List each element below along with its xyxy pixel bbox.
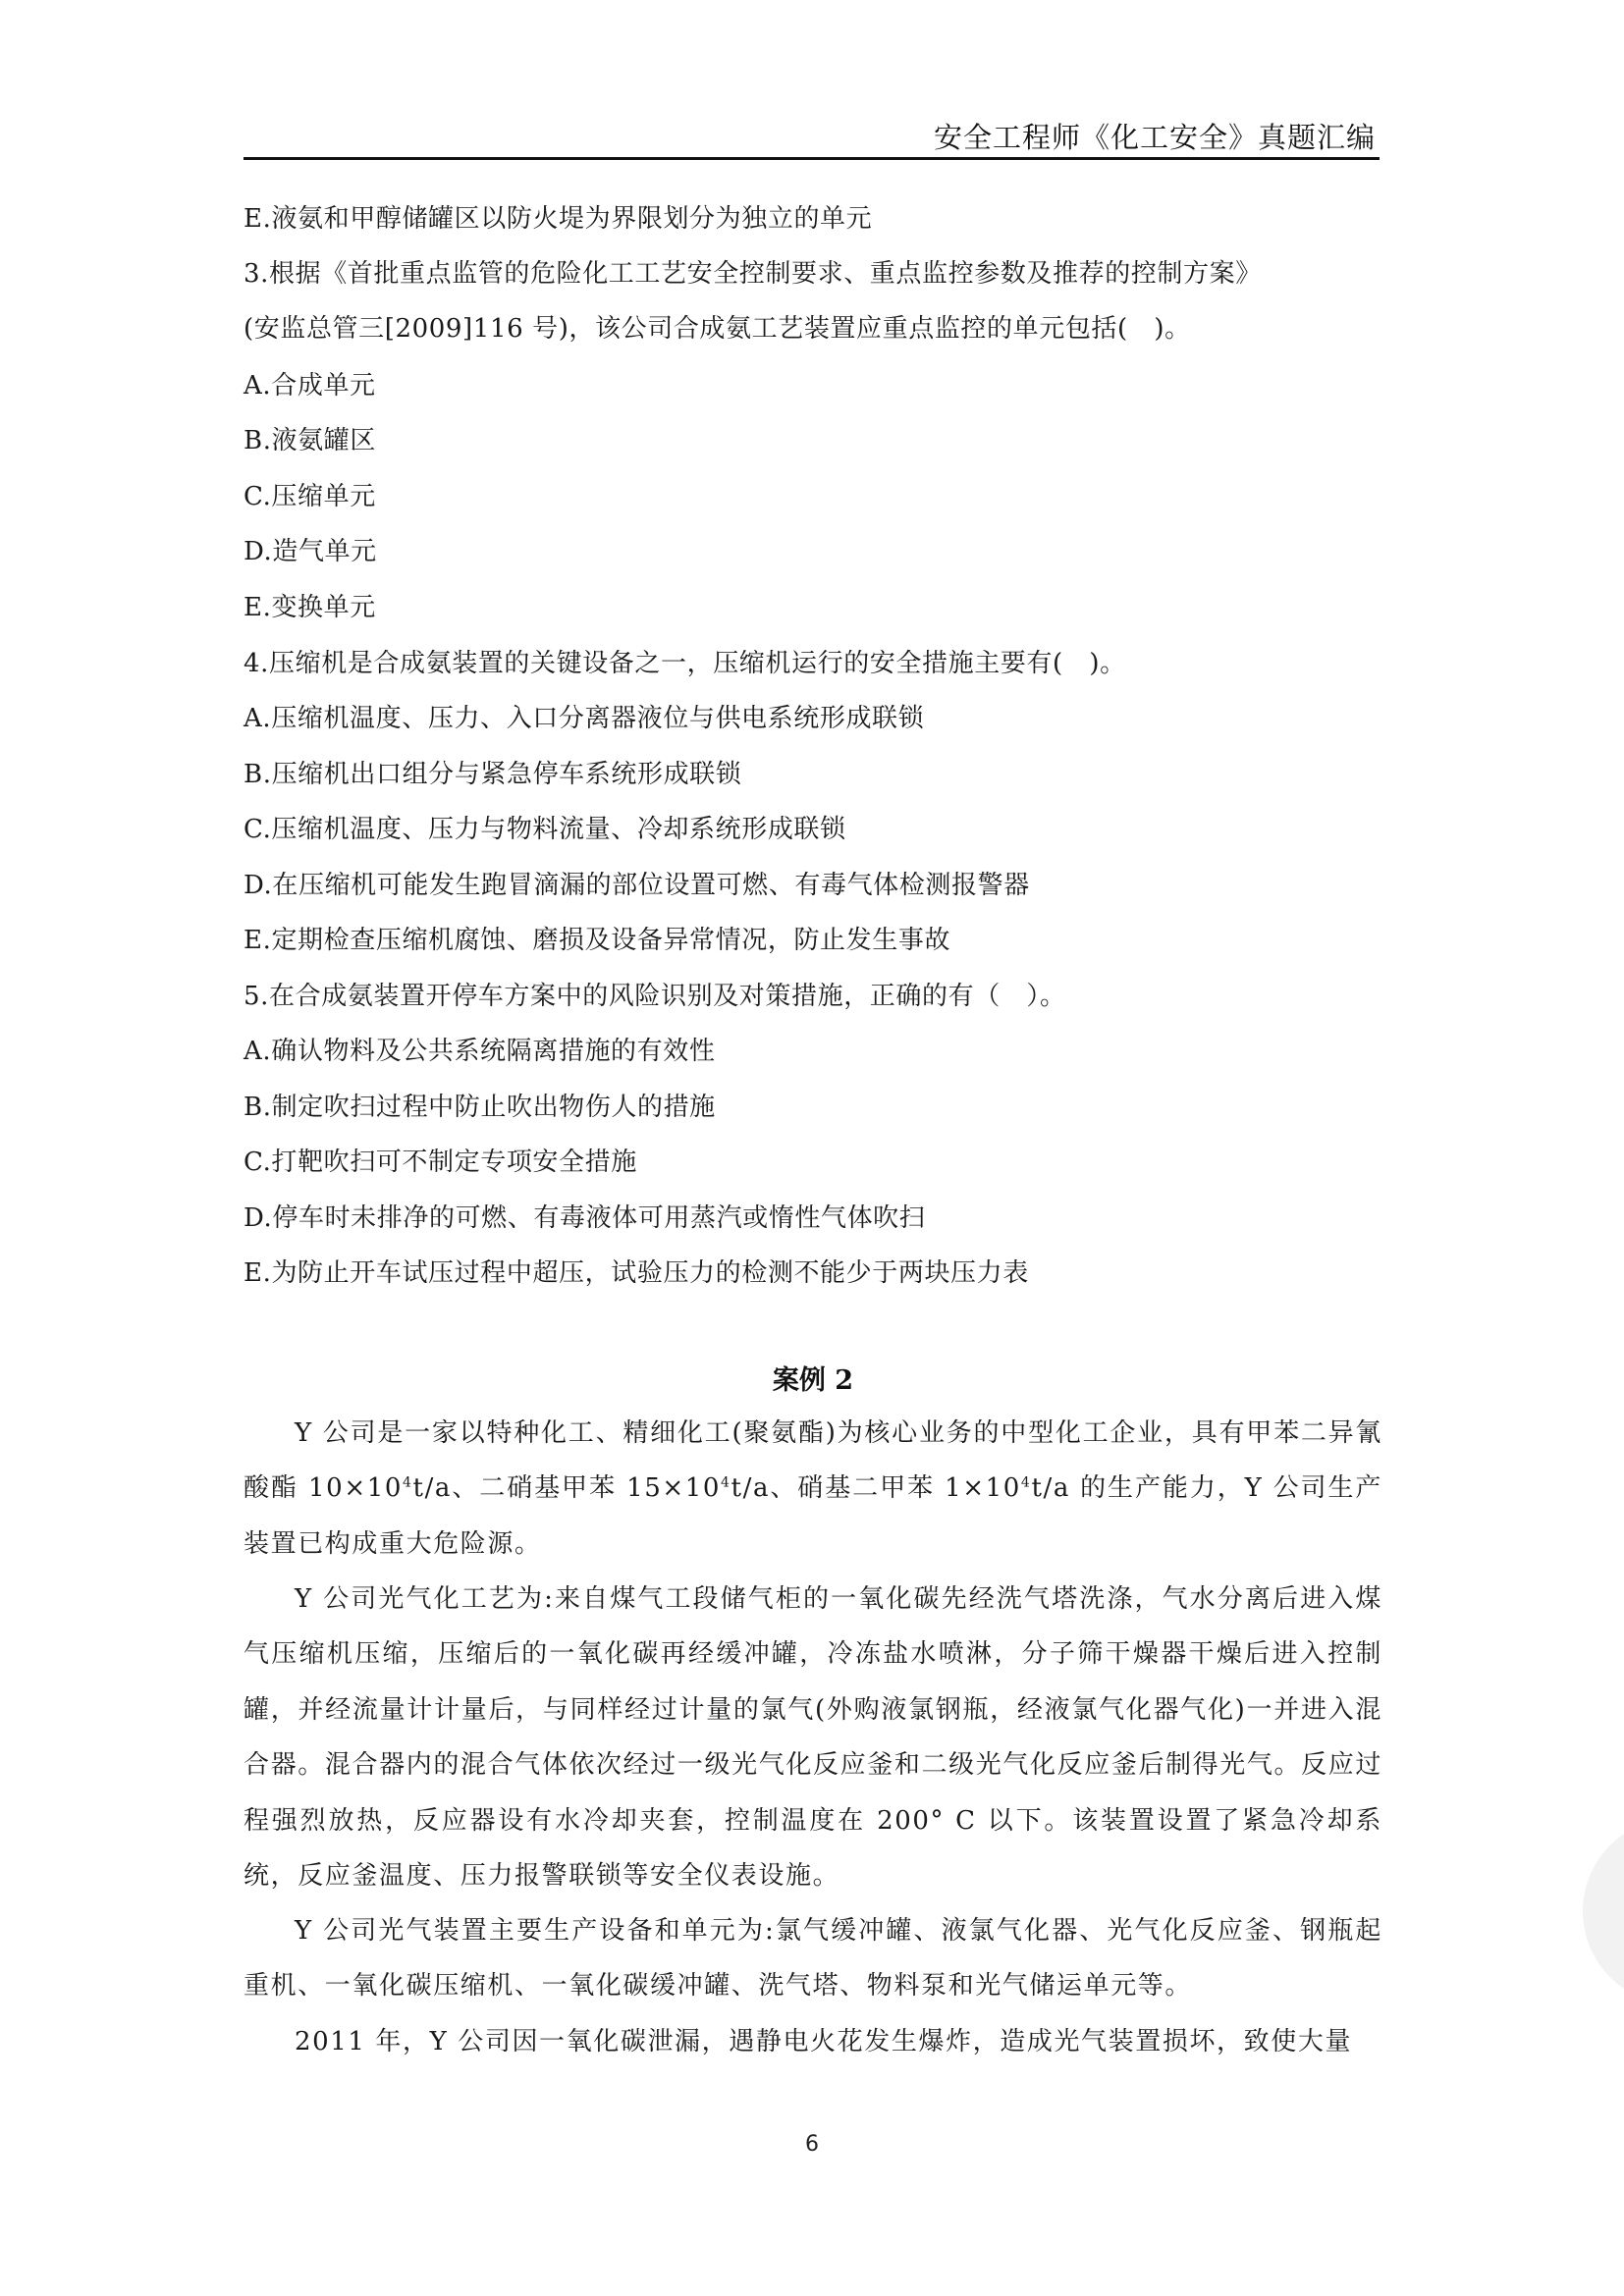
q3-stem-line2: (安监总管三[2009]116 号)，该公司合成氨工艺装置应重点监控的单元包括(… [244, 312, 1191, 346]
q4-option-e: E.定期检查压缩机腐蚀、磨损及设备异常情况，防止发生事故 [244, 924, 950, 957]
q3-option-b: B.液氨罐区 [244, 424, 376, 457]
scroll-indicator-circle [1583, 1818, 1624, 2004]
q5-option-d: D.停车时未排净的可燃、有毒液体可用蒸汽或惰性气体吹扫 [244, 1201, 925, 1235]
q4-stem: 4.压缩机是合成氨装置的关键设备之一，压缩机运行的安全措施主要有( )。 [244, 647, 1126, 680]
q4-option-a: A.压缩机温度、压力、入口分离器液位与供电系统形成联锁 [244, 702, 924, 735]
exponent: 4 [721, 1475, 731, 1491]
exponent: 4 [403, 1475, 413, 1491]
case-2-p1-text-2: t/a、二硝基甲苯 15×10 [413, 1473, 722, 1503]
q5-option-b: B.制定吹扫过程中防止吹出物伤人的措施 [244, 1091, 716, 1124]
q4-option-c: C.压缩机温度、压力与物料流量、冷却系统形成联锁 [244, 813, 846, 846]
q5-option-a: A.确认物料及公共系统隔离措施的有效性 [244, 1035, 715, 1068]
case-2-paragraph-1: Y 公司是一家以特种化工、精细化工(聚氨酯)为核心业务的中型化工企业，具有甲苯二… [244, 1406, 1382, 1572]
page-number: 6 [0, 2132, 1624, 2157]
q4-option-b: B.压缩机出口组分与紧急停车系统形成联锁 [244, 758, 741, 791]
q3-stem-line1: 3.根据《首批重点监管的危险化工工艺安全控制要求、重点监控参数及推荐的控制方案》 [244, 257, 1262, 291]
q3-option-c: C.压缩单元 [244, 480, 376, 513]
document-page: 安全工程师《化工安全》真题汇编 E.液氨和甲醇储罐区以防火堤为界限划分为独立的单… [0, 0, 1624, 2296]
q5-option-e: E.为防止开车试压过程中超压，试验压力的检测不能少于两块压力表 [244, 1256, 1029, 1290]
case-2-p1-text-3: t/a、硝基二甲苯 1×10 [731, 1473, 1021, 1503]
q2-option-e: E.液氨和甲醇储罐区以防火堤为界限划分为独立的单元 [244, 202, 872, 236]
case-2-paragraph-3: Y 公司光气装置主要生产设备和单元为:氯气缓冲罐、液氯气化器、光气化反应釜、钢瓶… [244, 1903, 1382, 2014]
q3-option-a: A.合成单元 [244, 369, 376, 402]
header-divider [244, 157, 1380, 160]
case-2-paragraph-4: 2011 年，Y 公司因一氧化碳泄漏，遇静电火花发生爆炸，造成光气装置损坏，致使… [244, 2014, 1382, 2069]
case-2-heading: 案例 2 [244, 1364, 1382, 1398]
q3-option-d: D.造气单元 [244, 535, 377, 568]
q4-option-d: D.在压缩机可能发生跑冒滴漏的部位设置可燃、有毒气体检测报警器 [244, 869, 1030, 902]
exponent: 4 [1021, 1475, 1032, 1491]
q3-option-e: E.变换单元 [244, 591, 376, 624]
case-2-paragraph-2: Y 公司光气化工艺为:来自煤气工段储气柜的一氧化碳先经洗气塔洗涤，气水分离后进入… [244, 1572, 1382, 1903]
q5-stem: 5.在合成氨装置开停车方案中的风险识别及对策措施，正确的有（ ）。 [244, 980, 1066, 1013]
running-header-title: 安全工程师《化工安全》真题汇编 [934, 116, 1376, 156]
q5-option-c: C.打靶吹扫可不制定专项安全措施 [244, 1146, 637, 1179]
